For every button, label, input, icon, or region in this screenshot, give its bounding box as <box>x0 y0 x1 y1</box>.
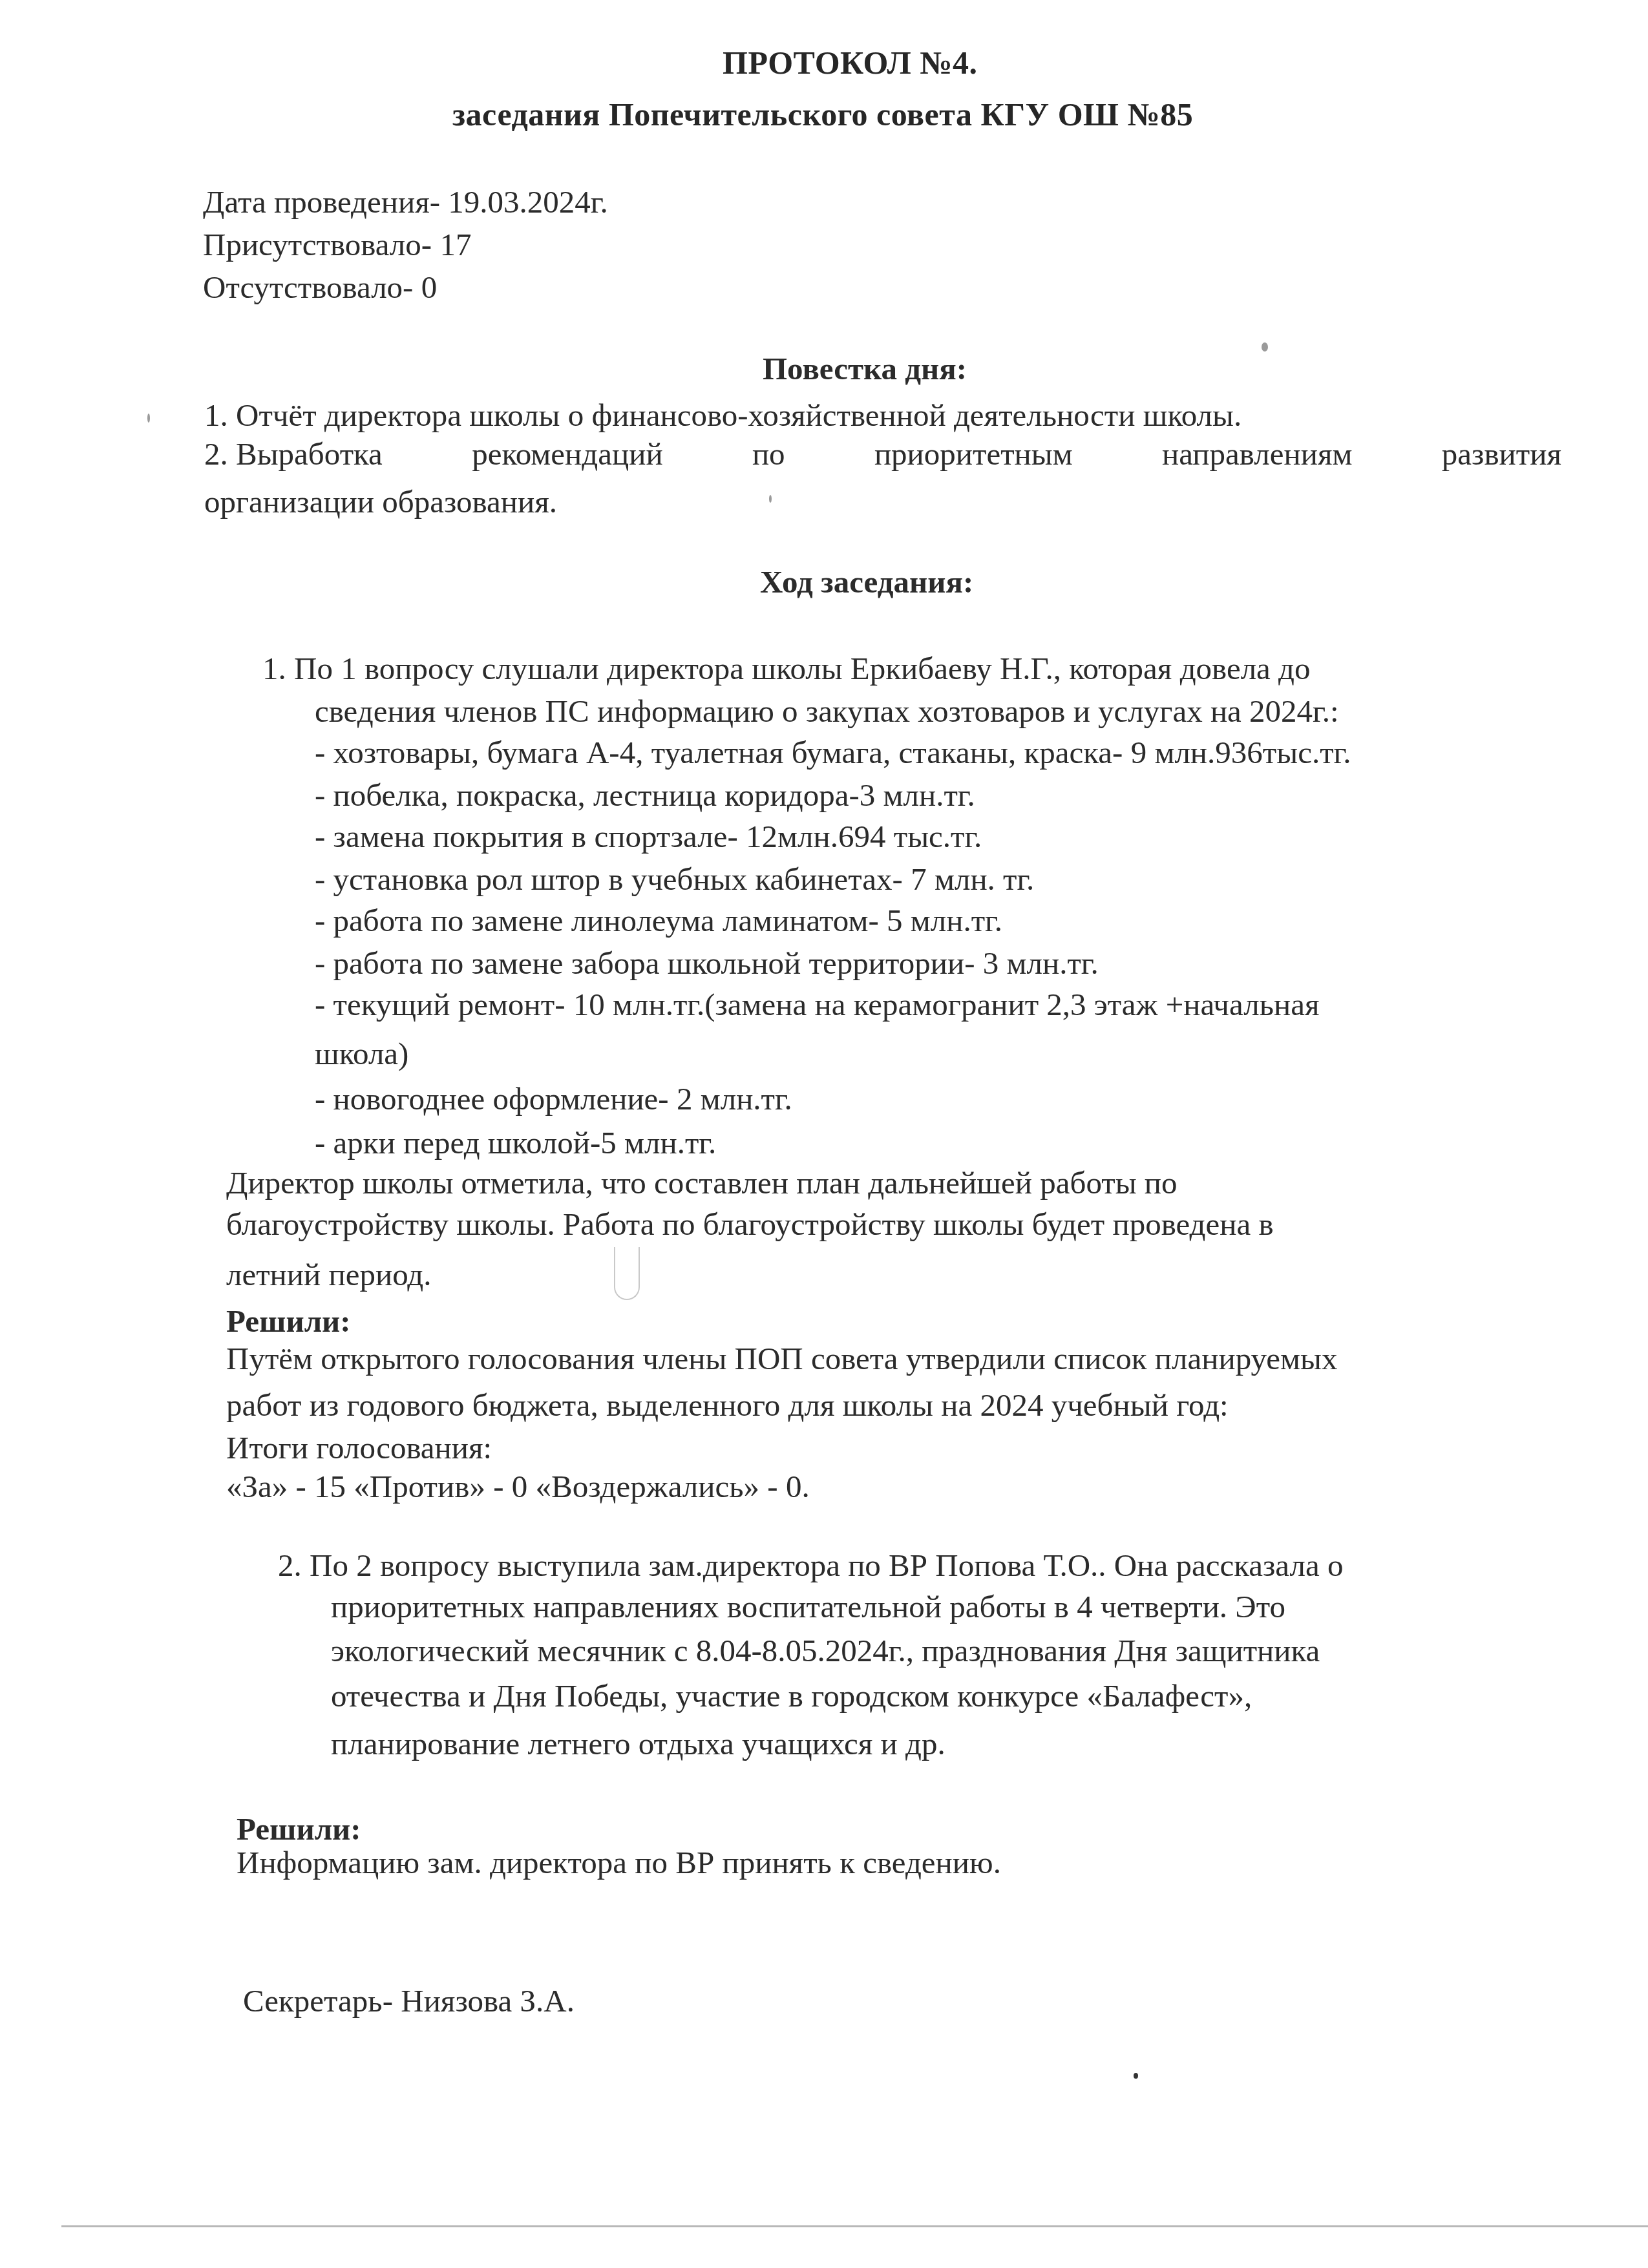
purchase-item: - новогоднее оформление- 2 млн.тг. <box>315 1083 792 1115</box>
agenda-heading: Повестка дня: <box>763 353 967 384</box>
purchase-item: - работа по замене забора школьной терри… <box>315 947 1099 979</box>
scan-edge-line <box>61 2225 1648 2227</box>
agenda-item-2-word: приоритетным <box>874 438 1073 470</box>
q2-line: 2. По 2 вопросу выступила зам.директора … <box>278 1549 1343 1581</box>
attendance-absent: Отсутствовало- 0 <box>203 271 437 303</box>
q1-decision-line: работ из годового бюджета, выделенного д… <box>226 1389 1229 1421</box>
purchase-item: - текущий ремонт- 10 млн.тг.(замена на к… <box>315 989 1319 1020</box>
q1-decision-heading: Решили: <box>226 1305 351 1337</box>
agenda-item-2-word: развития <box>1442 438 1561 470</box>
purchase-item: - замена покрытия в спортзале- 12млн.694… <box>315 821 982 852</box>
agenda-item-2: 2. Выработка рекомендаций по приоритетны… <box>204 438 1561 470</box>
pen-mark <box>614 1247 640 1300</box>
ink-dot <box>1134 2073 1138 2079</box>
meeting-date: Дата проведения- 19.03.2024г. <box>203 186 608 218</box>
agenda-item-2-word: направлениям <box>1162 438 1352 470</box>
agenda-item-2-word: рекомендаций <box>472 438 662 470</box>
director-note-line: благоустройству школы. Работа по благоус… <box>226 1208 1274 1240</box>
q1-intro-line-1: 1. По 1 вопросу слушали директора школы … <box>262 653 1311 684</box>
secretary-signature: Секретарь- Ниязова З.А. <box>243 1985 575 2017</box>
purchase-item-continuation: школа) <box>315 1038 408 1069</box>
director-note-line: Директор школы отметила, что составлен п… <box>226 1167 1178 1199</box>
purchase-item: - хозтовары, бумага А-4, туалетная бумаг… <box>315 737 1351 768</box>
protocol-page: ПРОТОКОЛ №4. заседания Попечительского с… <box>0 0 1648 2268</box>
document-title: ПРОТОКОЛ №4. <box>723 44 978 81</box>
agenda-item-2-continuation: организации образования. <box>204 486 557 518</box>
attendance-present: Присутствовало- 17 <box>203 229 471 260</box>
vote-results-label: Итоги голосования: <box>226 1432 492 1464</box>
purchase-item: - арки перед школой-5 млн.тг. <box>315 1127 716 1159</box>
purchase-item: - установка рол штор в учебных кабинетах… <box>315 863 1034 895</box>
q1-intro-line-2: сведения членов ПС информацию о закупах … <box>315 695 1339 727</box>
scan-speck <box>1262 342 1268 352</box>
agenda-item-1: 1. Отчёт директора школы о финансово-хоз… <box>204 399 1241 431</box>
q2-line: отечества и Дня Победы, участие в городс… <box>331 1680 1252 1712</box>
scan-speck <box>769 495 772 503</box>
proceedings-heading: Ход заседания: <box>760 566 973 598</box>
agenda-item-2-word: по <box>752 438 785 470</box>
document-subtitle: заседания Попечительского совета КГУ ОШ … <box>452 96 1193 133</box>
purchase-item: - побелка, покраска, лестница коридора-3… <box>315 779 975 811</box>
q1-decision-line: Путём открытого голосования члены ПОП со… <box>226 1343 1338 1374</box>
q2-line: экологический месячник с 8.04-8.05.2024г… <box>331 1635 1320 1666</box>
agenda-item-2-word: 2. Выработка <box>204 438 383 470</box>
q2-line: планирование летнего отдыха учащихся и д… <box>331 1728 945 1759</box>
q2-line: приоритетных направлениях воспитательной… <box>331 1591 1285 1622</box>
scan-speck <box>147 414 150 423</box>
q2-decision: Информацию зам. директора по ВР принять … <box>237 1847 1001 1878</box>
vote-results: «За» - 15 «Против» - 0 «Воздержались» - … <box>226 1471 810 1502</box>
purchase-item: - работа по замене линолеума ламинатом- … <box>315 905 1002 936</box>
q2-decision-heading: Решили: <box>237 1813 361 1845</box>
director-note-line: летний период. <box>226 1259 432 1290</box>
